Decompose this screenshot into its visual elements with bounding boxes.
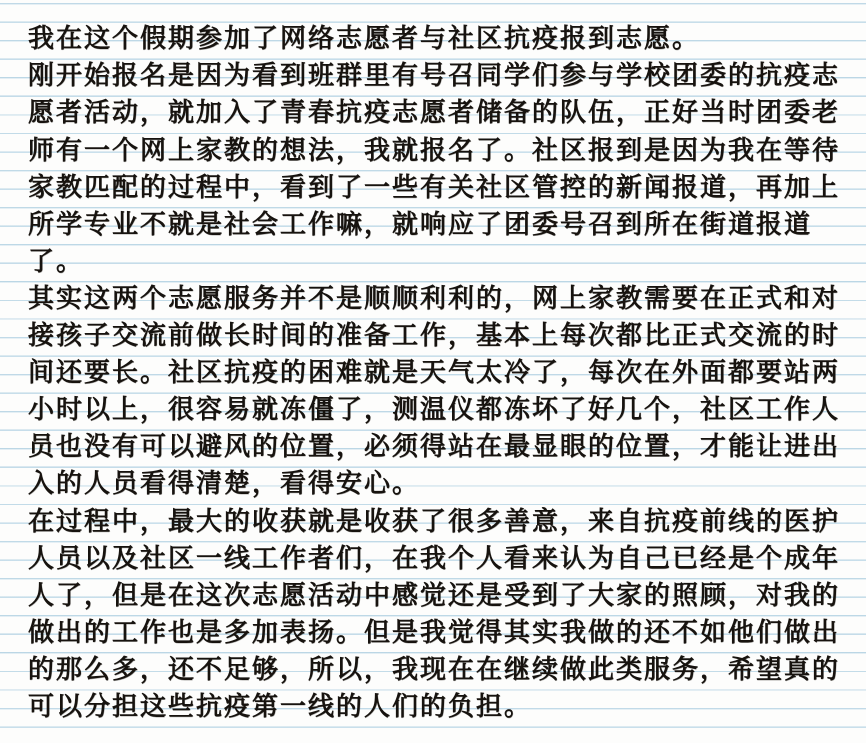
- essay-text: 我在这个假期参加了网络志愿者与社区抗疫报到志愿。 刚开始报名是因为看到班群里有号…: [28, 21, 860, 726]
- text-line: 了。: [28, 244, 860, 281]
- text-line: 员也没有可以避风的位置，必须得站在最显眼的位置，才能让进出: [28, 429, 860, 466]
- text-line: 师有一个网上家教的想法，我就报名了。社区报到是因为我在等待: [28, 133, 860, 170]
- text-line: 入的人员看得清楚，看得安心。: [28, 466, 860, 503]
- text-line: 人员以及社区一线工作者们，在我个人看来认为自己已经是个成年: [28, 541, 860, 578]
- text-line: 间还要长。社区抗疫的困难就是天气太冷了，每次在外面都要站两: [28, 355, 860, 392]
- text-line: 其实这两个志愿服务并不是顺顺利利的，网上家教需要在正式和对: [28, 281, 860, 318]
- text-line: 人了，但是在这次志愿活动中感觉还是受到了大家的照顾，对我的: [28, 578, 860, 615]
- text-line: 在过程中，最大的收获就是收获了很多善意，来自抗疫前线的医护: [28, 504, 860, 541]
- text-line: 做出的工作也是多加表扬。但是我觉得其实我做的还不如他们做出: [28, 615, 860, 652]
- text-line: 可以分担这些抗疫第一线的人们的负担。: [28, 689, 860, 726]
- text-line: 接孩子交流前做长时间的准备工作，基本上每次都比正式交流的时: [28, 318, 860, 355]
- text-line: 家教匹配的过程中，看到了一些有关社区管控的新闻报道，再加上: [28, 170, 860, 207]
- text-line: 的那么多，还不足够，所以，我现在在继续做此类服务，希望真的: [28, 652, 860, 689]
- text-line: 刚开始报名是因为看到班群里有号召同学们参与学校团委的抗疫志: [28, 58, 860, 95]
- notebook-page: 我在这个假期参加了网络志愿者与社区抗疫报到志愿。 刚开始报名是因为看到班群里有号…: [0, 0, 866, 743]
- text-line: 小时以上，很容易就冻僵了，测温仪都冻坏了好几个，社区工作人: [28, 392, 860, 429]
- text-line: 所学专业不就是社会工作嘛，就响应了团委号召到所在街道报道: [28, 207, 860, 244]
- text-line: 我在这个假期参加了网络志愿者与社区抗疫报到志愿。: [28, 21, 860, 58]
- text-line: 愿者活动，就加入了青春抗疫志愿者储备的队伍，正好当时团委老: [28, 95, 860, 132]
